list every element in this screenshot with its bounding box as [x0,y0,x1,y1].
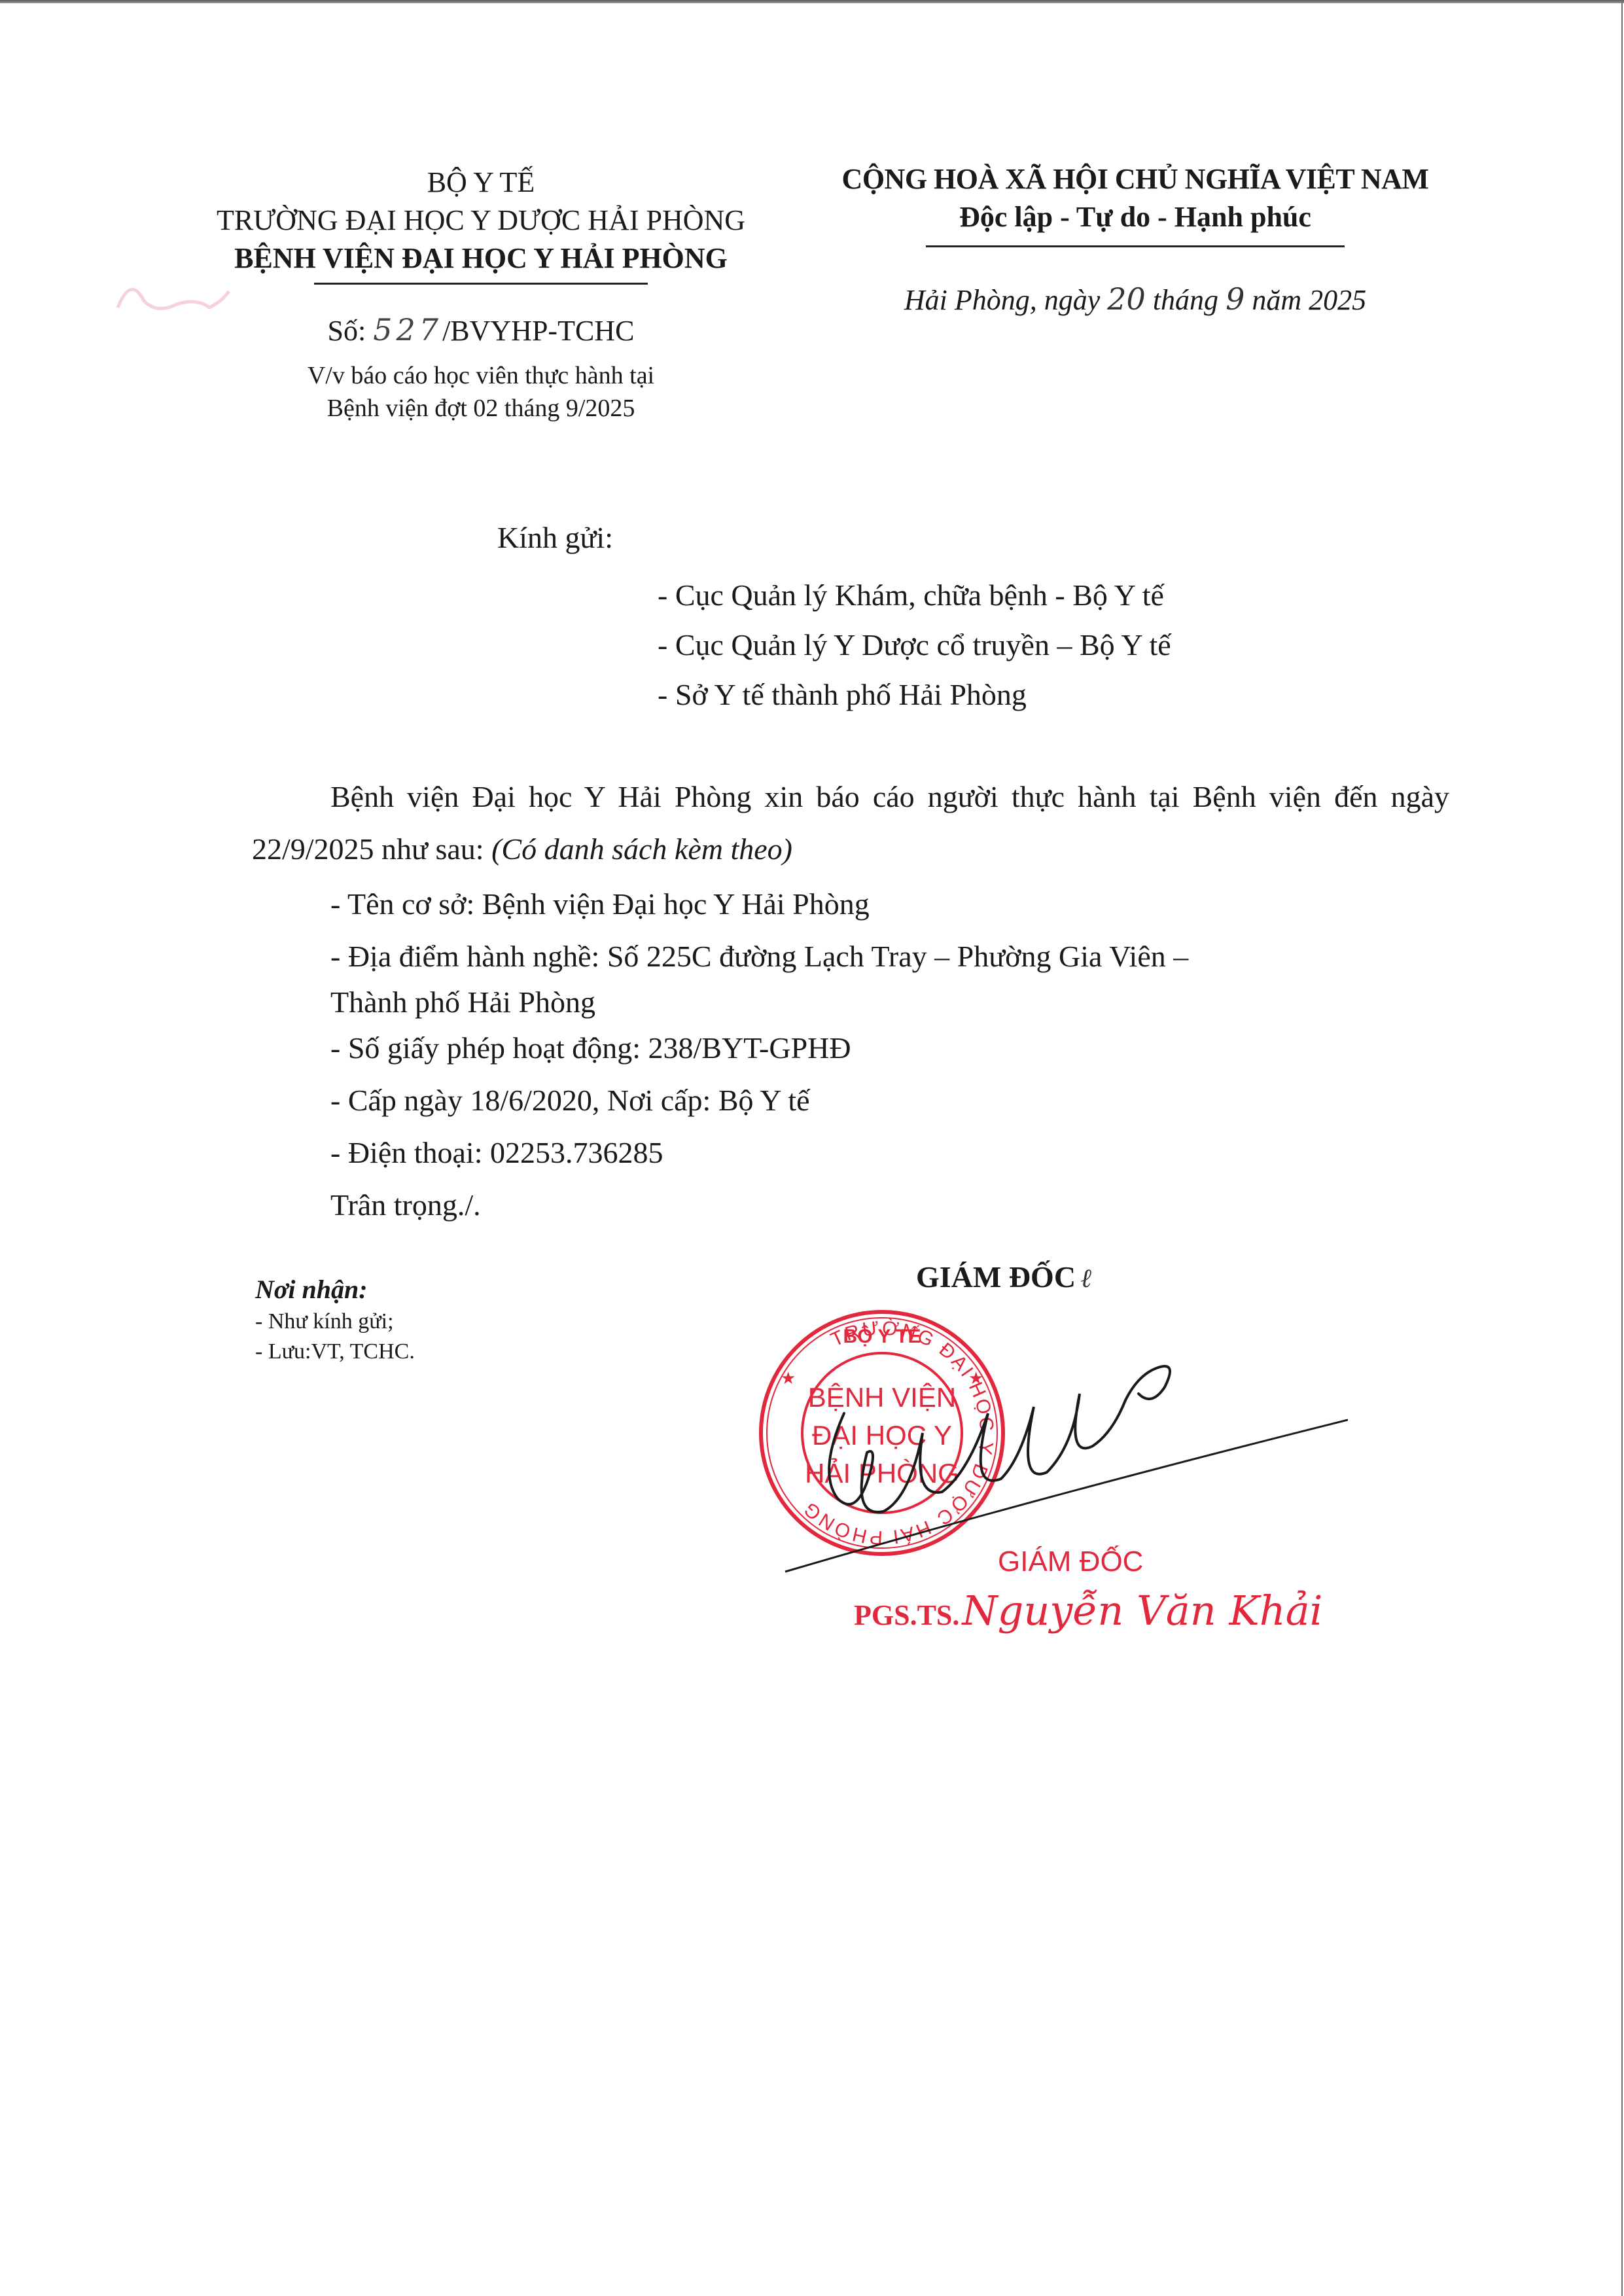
header-right-underline [926,245,1345,247]
license-issued: - Cấp ngày 18/6/2020, Nơi cấp: Bộ Y tế [252,1074,1449,1127]
attachment-note: (Có danh sách kèm theo) [491,832,792,866]
signer-degree: PGS.TS. [854,1599,959,1631]
intro-paragraph: Bệnh viện Đại học Y Hải Phòng xin báo cá… [252,771,1449,875]
month-handwritten: 9 [1226,281,1244,317]
distribution-title: Nơi nhận: [255,1273,415,1307]
national-motto: Độc lập - Tự do - Hạnh phúc [766,198,1505,236]
initial-mark: ℓ [1081,1263,1092,1293]
issuer-header: BỘ Y TẾ TRƯỜNG ĐẠI HỌC Y DƯỢC HẢI PHÒNG … [157,164,805,425]
subject-line-2: Bệnh viện đợt 02 tháng 9/2025 [157,392,805,425]
ref-number-handwritten: 527 [373,312,442,347]
recipient-item: - Cục Quản lý Y Dược cổ truyền – Bộ Y tế [658,620,1171,670]
recipients-list: - Cục Quản lý Khám, chữa bệnh - Bộ Y tế … [658,571,1171,720]
recipient-item: - Cục Quản lý Khám, chữa bệnh - Bộ Y tế [658,571,1171,620]
header-left-underline [314,283,648,285]
license-number: - Số giấy phép hoạt động: 238/BYT-GPHĐ [252,1022,1449,1074]
facility-name: - Tên cơ sở: Bệnh viện Đại học Y Hải Phò… [252,878,1449,930]
recipients-label: Kính gửi: [497,520,613,555]
date-prefix: Hải Phòng, ngày [904,284,1100,316]
scan-border-top [0,0,1624,3]
intro-text: Bệnh viện Đại học Y Hải Phòng xin báo cá… [252,780,1449,866]
ref-prefix: Số: [328,315,366,347]
hospital-name: BỆNH VIỆN ĐẠI HỌC Y HẢI PHÒNG [157,239,805,277]
scan-border-right [1621,0,1623,2296]
ministry-name: BỘ Y TẾ [157,164,805,202]
recipient-item: - Sở Y tế thành phố Hải Phòng [658,670,1171,720]
distribution-list: Nơi nhận: - Như kính gửi; - Lưu:VT, TCHC… [255,1273,415,1367]
ref-suffix: /BVYHP-TCHC [442,315,634,347]
distribution-item: - Lưu:VT, TCHC. [255,1337,415,1367]
phone-number: - Điện thoại: 02253.736285 [252,1127,1449,1179]
signer-title-text: GIÁM ĐỐC [916,1260,1076,1294]
stamp-signer-name: PGS.TS. Nguyễn Văn Khải [854,1587,1323,1634]
national-header: CỘNG HOÀ XÃ HỘI CHỦ NGHĨA VIỆT NAM Độc l… [766,160,1505,319]
year-label: năm 2025 [1252,284,1366,316]
document-reference: Số: 527/BVYHP-TCHC [157,311,805,350]
signer-title: GIÁM ĐỐCℓ [916,1260,1092,1294]
signer-name: Nguyễn Văn Khải [962,1587,1322,1634]
practice-location-cont: Thành phố Hải Phòng [252,983,1449,1022]
distribution-item: - Như kính gửi; [255,1307,415,1337]
national-title: CỘNG HOÀ XÃ HỘI CHỦ NGHĨA VIỆT NAM [766,160,1505,198]
practice-location: - Địa điểm hành nghề: Số 225C đường Lạch… [252,930,1449,983]
day-handwritten: 20 [1107,281,1146,317]
letter-body: Bệnh viện Đại học Y Hải Phòng xin báo cá… [252,771,1449,1231]
subject-line-1: V/v báo cáo học viên thực hành tại [157,359,805,392]
university-name: TRƯỜNG ĐẠI HỌC Y DƯỢC HẢI PHÒNG [157,202,805,239]
stamp-signer-title: GIÁM ĐỐC [998,1545,1143,1578]
closing-remark: Trân trọng./. [252,1179,1449,1231]
month-label: tháng [1153,284,1218,316]
document-date: Hải Phòng, ngày 20 tháng 9 năm 2025 [766,280,1505,319]
